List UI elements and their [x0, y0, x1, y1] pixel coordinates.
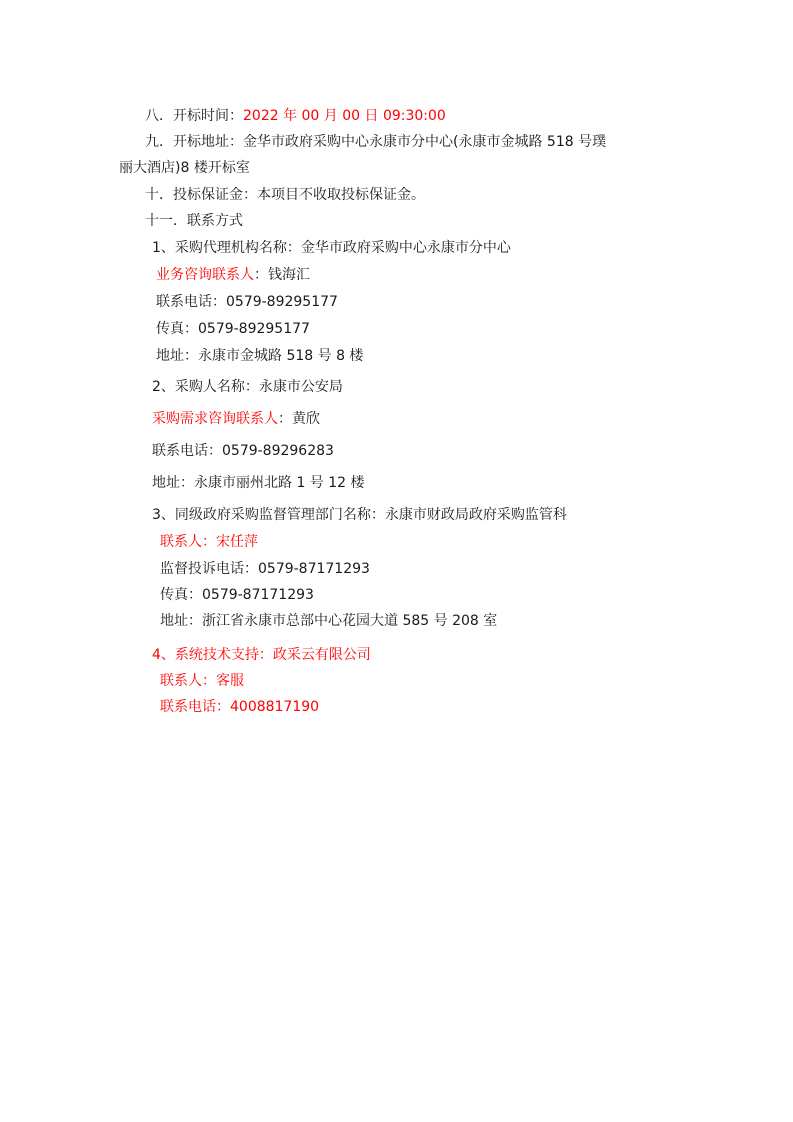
bid-opening-time-value: 2022 年 00 月 00 日 09:30:00 [243, 108, 446, 124]
bid-opening-address-cont: 丽大酒店)8 楼开标室 [119, 159, 250, 177]
agency-address: 地址：永康市金城路 518 号 8 楼 [156, 347, 363, 365]
tech-support-phone: 联系电话：4008817190 [160, 698, 319, 716]
supervisor-address: 地址：浙江省永康市总部中心花园大道 585 号 208 室 [160, 612, 497, 630]
supervisor-fax: 传真：0579-87171293 [160, 586, 314, 604]
agency-contact-value: ：钱海汇 [254, 267, 310, 283]
purchaser-address: 地址：永康市丽州北路 1 号 12 楼 [152, 474, 365, 492]
purchaser-contact: 采购需求咨询联系人：黄欣 [152, 410, 320, 428]
supervisor-contact: 联系人：宋任萍 [160, 533, 258, 551]
bid-opening-time: 八．开标时间：2022 年 00 月 00 日 09:30:00 [145, 107, 446, 125]
purchaser-contact-value: ：黄欣 [278, 411, 320, 427]
purchaser-title: 2、采购人名称：永康市公安局 [152, 378, 343, 396]
bid-opening-address: 九．开标地址：金华市政府采购中心永康市分中心(永康市金城路 518 号璞 [145, 133, 606, 151]
supervisor-phone: 监督投诉电话：0579-87171293 [160, 560, 370, 578]
agency-contact-label: 业务咨询联系人 [156, 267, 254, 283]
purchaser-phone: 联系电话：0579-89296283 [152, 442, 334, 460]
tech-support-title: 4、系统技术支持：政采云有限公司 [152, 646, 371, 664]
agency-fax: 传真：0579-89295177 [156, 320, 310, 338]
agency-contact: 业务咨询联系人：钱海汇 [156, 266, 310, 284]
agency-title: 1、采购代理机构名称：金华市政府采购中心永康市分中心 [152, 239, 511, 257]
bid-opening-time-label: 八．开标时间： [145, 108, 243, 124]
tech-support-contact: 联系人：客服 [160, 672, 244, 690]
contact-heading: 十一．联系方式 [145, 212, 243, 230]
purchaser-contact-label: 采购需求咨询联系人 [152, 411, 278, 427]
bid-bond: 十．投标保证金：本项目不收取投标保证金。 [145, 186, 425, 204]
agency-phone: 联系电话：0579-89295177 [156, 293, 338, 311]
supervisor-title: 3、同级政府采购监督管理部门名称：永康市财政局政府采购监管科 [152, 506, 567, 524]
